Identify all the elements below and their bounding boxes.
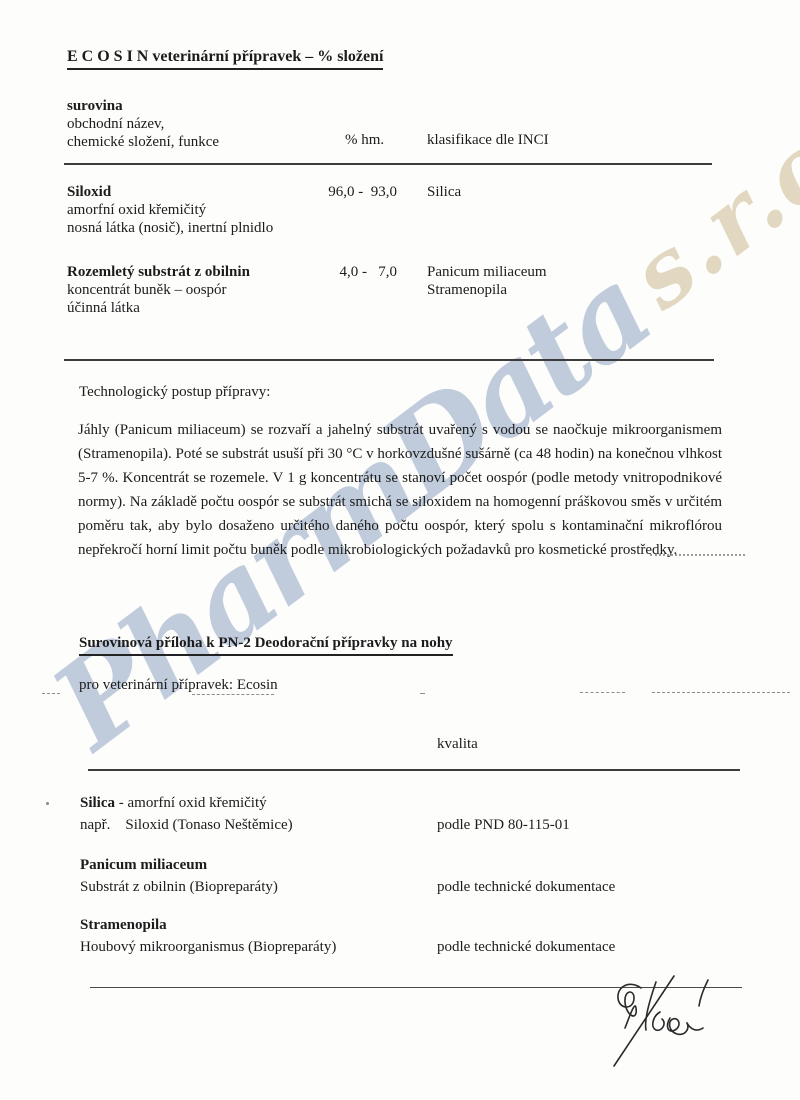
scan-artifact-dash <box>652 692 790 693</box>
process-paragraph: Jáhly (Panicum miliaceum) se rozvaří a j… <box>78 418 722 562</box>
material-name: Stramenopila <box>80 916 167 934</box>
rule-header <box>64 163 712 165</box>
ingredient-name: Siloxid <box>67 183 111 201</box>
scan-artifact-dash <box>42 693 60 694</box>
material-source: Houbový mikroorganismus (Biopreparáty) <box>80 938 336 956</box>
ingredient-description: amorfní oxid křemičitý <box>67 201 206 219</box>
material-quality-spec: podle technické dokumentace <box>437 938 615 956</box>
ingredient-function: účinná látka <box>67 299 140 317</box>
annex-quality-column-header: kvalita <box>437 735 478 753</box>
ingredient-function: nosná látka (nosič), inertní plnidlo <box>67 219 273 237</box>
ingredient-inci-name: Panicum miliaceum <box>427 263 547 281</box>
document-content: E C O S I N veterinární přípravek – % sl… <box>0 0 800 1100</box>
material-quality-spec: podle technické dokumentace <box>437 878 615 896</box>
scan-artifact-dash <box>420 693 425 694</box>
scan-artifact-dot <box>46 802 49 805</box>
ingredient-percent-range: 96,0 - 93,0 <box>280 183 397 201</box>
material-name-suffix: - amorfní oxid křemičitý <box>115 795 267 811</box>
page-title: E C O S I N veterinární přípravek – % sl… <box>67 48 383 70</box>
annex-heading: Surovinová příloha k PN-2 Deodorační pří… <box>79 634 453 656</box>
composition-column-percent: % hm. <box>345 131 384 149</box>
ingredient-inci-name: Silica <box>427 183 461 201</box>
ingredient-name: Rozemletý substrát z obilnin <box>67 263 250 281</box>
composition-header-obchodni-nazev: obchodní název, <box>67 115 164 133</box>
rule-annex-top <box>88 769 740 771</box>
material-source: Substrát z obilnin (Biopreparáty) <box>80 878 278 896</box>
composition-column-inci: klasifikace dle INCI <box>427 131 549 149</box>
scan-artifact-dash <box>192 694 274 695</box>
annex-subtitle: pro veterinární přípravek: Ecosin <box>79 676 278 694</box>
material-example: např. Siloxid (Tonaso Neštěmice) <box>80 816 293 834</box>
scanned-document-page: PharmData s.r.o. E C O S I N veterinární… <box>0 0 800 1100</box>
scan-artifact-dots <box>650 554 745 556</box>
composition-header-surovina: surovina <box>67 97 123 115</box>
composition-header-chemicke-slozeni: chemické složení, funkce <box>67 133 219 151</box>
scan-artifact-dash <box>580 692 625 693</box>
ingredient-description: koncentrát buněk – oospór <box>67 281 227 299</box>
ingredient-inci-name-2: Stramenopila <box>427 281 507 299</box>
handwritten-signature <box>596 968 726 1073</box>
material-name: Panicum miliaceum <box>80 856 207 874</box>
material-name: Silica <box>80 795 115 811</box>
rule-table-bottom <box>64 359 714 361</box>
ingredient-percent-range: 4,0 - 7,0 <box>280 263 397 281</box>
process-heading: Technologický postup přípravy: <box>79 383 270 401</box>
material-quality-spec: podle PND 80-115-01 <box>437 816 570 834</box>
